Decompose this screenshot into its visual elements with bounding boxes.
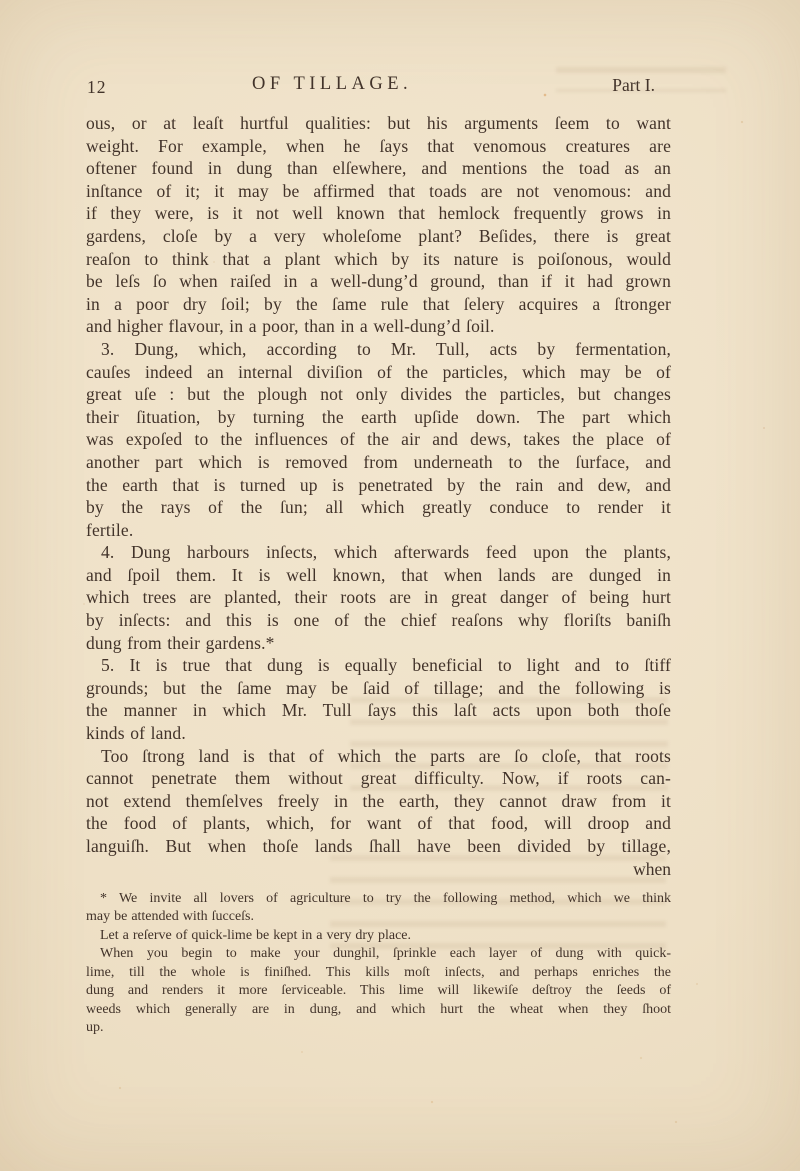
text-line: dung and renders it more ſerviceable. Th…: [86, 982, 671, 1001]
text-line: the earth that is turned up is penetrate…: [86, 474, 671, 497]
text-line: up.: [86, 1019, 671, 1038]
text-line: inſtance of it; it may be affirmed that …: [86, 180, 671, 203]
text-line: if they were, is it not well known that …: [86, 202, 671, 225]
text-line: by the rays of the ſun; all which greatl…: [86, 496, 671, 519]
text-line: and higher flavour, in a poor, than in a…: [86, 315, 671, 338]
book-page: 12 OF TILLAGE. Part I. ous, or at leaſt …: [0, 0, 800, 1171]
text-line: and ſpoil them. It is well known, that w…: [86, 564, 671, 587]
text-line: in a poor dry ſoil; by the ſame rule tha…: [86, 293, 671, 316]
paragraph: 4. Dung harbours inſects, which afterwar…: [86, 541, 671, 654]
text-line: which trees are planted, their roots are…: [86, 586, 671, 609]
paragraph: Let a reſerve of quick-lime be kept in a…: [86, 927, 671, 946]
text-line: Let a reſerve of quick-lime be kept in a…: [86, 927, 671, 946]
text-line: Too ſtrong land is that of which the par…: [86, 745, 671, 768]
text-line: cannot penetrate them without great diff…: [86, 767, 671, 790]
paragraph: Too ſtrong land is that of which the par…: [86, 745, 671, 858]
text-line: * We invite all lovers of agriculture to…: [86, 890, 671, 909]
text-line: 5. It is true that dung is equally benef…: [86, 654, 671, 677]
text-line: 4. Dung harbours inſects, which afterwar…: [86, 541, 671, 564]
text-line: great uſe : but the plough not only divi…: [86, 383, 671, 406]
text-line: not extend themſelves freely in the eart…: [86, 790, 671, 813]
paragraph: 5. It is true that dung is equally benef…: [86, 654, 671, 744]
text-line: lime, till the whole is finiſhed. This k…: [86, 964, 671, 983]
text-line: another part which is removed from under…: [86, 451, 671, 474]
text-line: was expoſed to the influences of the air…: [86, 428, 671, 451]
paragraph: ous, or at leaſt hurtful qualities: but …: [86, 112, 671, 338]
text-line: languiſh. But when thoſe lands ſhall hav…: [86, 835, 671, 858]
text-line: 3. Dung, which, according to Mr. Tull, a…: [86, 338, 671, 361]
paragraph: * We invite all lovers of agriculture to…: [86, 890, 671, 927]
catchword-row: when: [86, 858, 671, 881]
text-line: When you begin to make your dunghil, ſpr…: [86, 945, 671, 964]
text-line: grounds; but the ſame may be ſaid of til…: [86, 677, 671, 700]
text-line: kinds of land.: [86, 722, 671, 745]
text-line: weeds which generally are in dung, and w…: [86, 1001, 671, 1020]
text-line: gardens, cloſe by a very wholeſome plant…: [86, 225, 671, 248]
catchword: when: [633, 859, 671, 879]
text-line: oftener found in dung than elſewhere, an…: [86, 157, 671, 180]
body-text: ous, or at leaſt hurtful qualities: but …: [86, 112, 671, 858]
running-title: OF TILLAGE.: [252, 74, 412, 95]
text-line: their ſituation, by turning the earth up…: [86, 406, 671, 429]
paragraph: When you begin to make your dunghil, ſpr…: [86, 945, 671, 1038]
text-line: by inſects: and this is one of the chief…: [86, 609, 671, 632]
part-label: Part I.: [612, 75, 655, 96]
paragraph: 3. Dung, which, according to Mr. Tull, a…: [86, 338, 671, 541]
text-line: ous, or at leaſt hurtful qualities: but …: [86, 112, 671, 135]
page-header: 12 OF TILLAGE. Part I.: [86, 74, 671, 112]
text-line: the manner in which Mr. Tull ſays this l…: [86, 699, 671, 722]
text-line: be leſs ſo when raiſed in a well-dung’d …: [86, 270, 671, 293]
page-number: 12: [87, 77, 107, 98]
text-line: reaſon to think that a plant which by it…: [86, 248, 671, 271]
text-column: 12 OF TILLAGE. Part I. ous, or at leaſt …: [86, 74, 671, 1038]
text-line: the food of plants, which, for want of t…: [86, 812, 671, 835]
text-line: cauſes indeed an internal diviſion of th…: [86, 361, 671, 384]
text-line: dung from their gardens.*: [86, 632, 671, 655]
text-line: may be attended with ſucceſs.: [86, 908, 671, 927]
text-line: fertile.: [86, 519, 671, 542]
text-line: weight. For example, when he ſays that v…: [86, 135, 671, 158]
footnote: * We invite all lovers of agriculture to…: [86, 890, 671, 1038]
